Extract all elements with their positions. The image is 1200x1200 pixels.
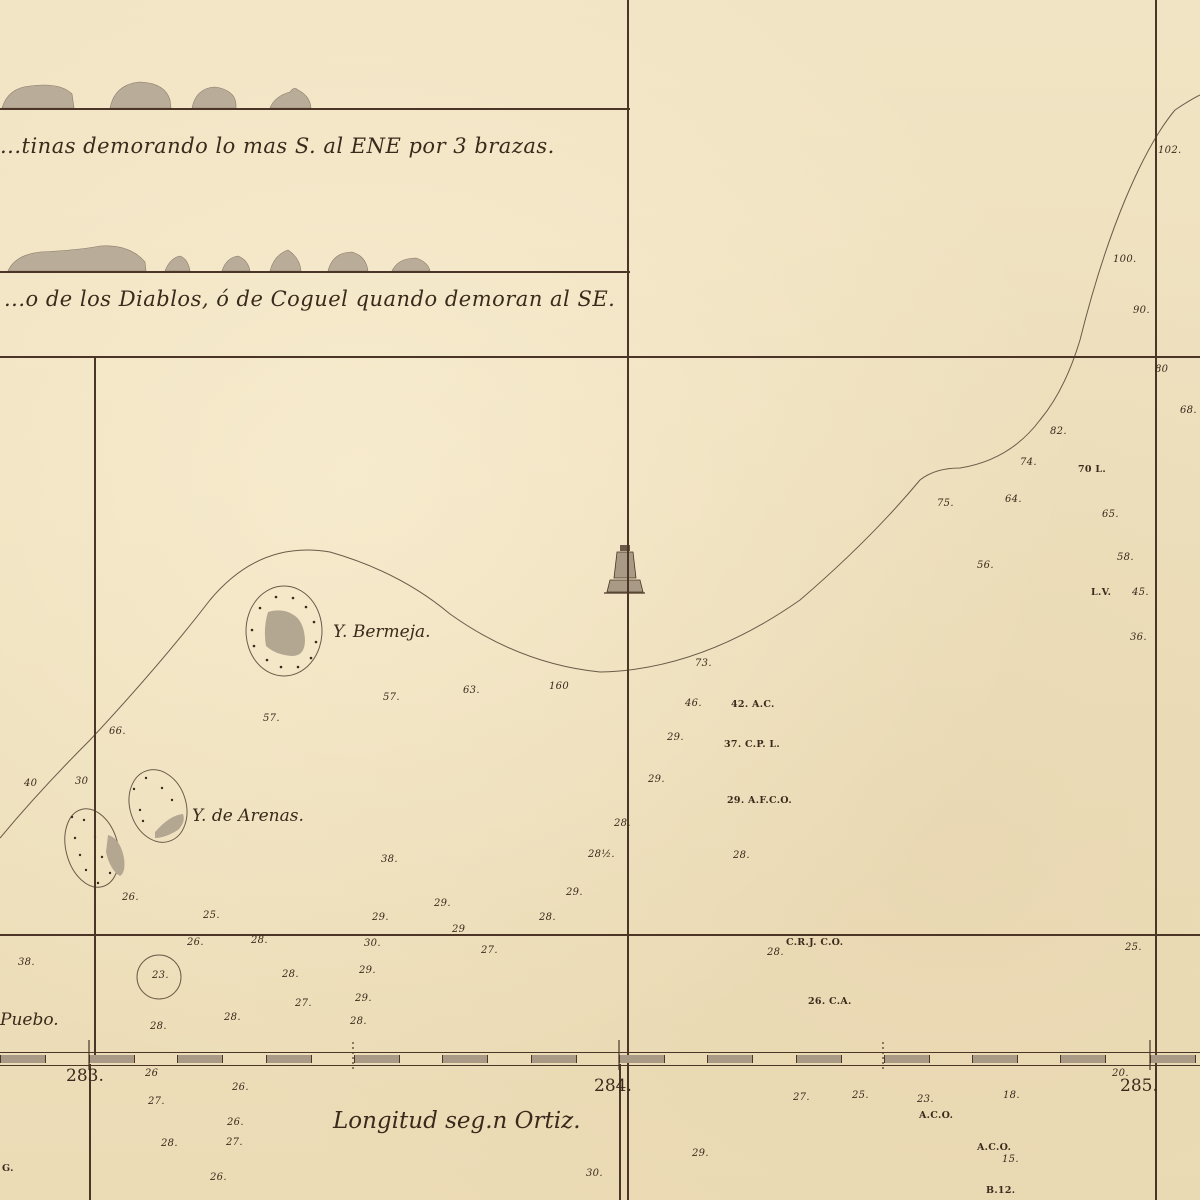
depth-sounding: 27. [793,1092,810,1103]
depth-sounding: 42. A.C. [731,699,775,710]
longitude-title: Longitud seg.n Ortiz. [333,1108,581,1134]
depth-sounding: A.C.O. [919,1110,953,1121]
meridian-284 [627,0,629,1200]
longitude-label-284: 284. [594,1076,632,1096]
depth-sounding: 26. [210,1172,227,1183]
depth-sounding: 15. [1002,1154,1019,1165]
depth-sounding: 26. [227,1117,244,1128]
depth-sounding: 80 [1155,364,1168,375]
depth-sounding: 37. C.P. L. [724,739,780,750]
depth-sounding: 23. [152,970,169,981]
lighthouse-icon [604,545,645,593]
depth-sounding: B.12. [986,1185,1015,1196]
depth-sounding: 28. [614,818,631,829]
chart-linework [0,0,1200,1200]
rock-profile-middle [8,246,430,271]
depth-sounding: 160 [549,681,569,692]
depth-sounding: 25. [852,1090,869,1101]
depth-sounding: 28. [224,1012,241,1023]
depth-sounding: 26. [232,1082,249,1093]
meridian-285 [1155,0,1157,1200]
depth-sounding: 57. [383,692,400,703]
depth-sounding: 29. [434,898,451,909]
depth-sounding: 26. [122,892,139,903]
depth-sounding: 29. [692,1148,709,1159]
depth-sounding: 26 [145,1068,158,1079]
depth-sounding: 58. [1117,552,1134,563]
depth-sounding: 28. [161,1138,178,1149]
depth-sounding: 23. [917,1094,934,1105]
depth-sounding: 27. [226,1137,243,1148]
depth-sounding: 45. [1132,587,1149,598]
profile-frame-line [0,271,630,273]
longitude-scale-bar [0,1052,1200,1066]
depth-sounding: 25. [203,910,220,921]
depth-sounding: 29. [355,993,372,1004]
depth-sounding: 28. [282,969,299,980]
depth-sounding: 82. [1050,426,1067,437]
depth-sounding: 40 [24,778,37,789]
grid-line-horizontal [0,356,1200,358]
depth-sounding: 28. [767,947,784,958]
depth-sounding: 27. [295,998,312,1009]
depth-sounding: 74. [1020,457,1037,468]
depth-sounding: 29. A.F.C.O. [727,795,792,806]
depth-sounding: 63. [463,685,480,696]
profile-caption-1: ...tinas demorando lo mas S. al ENE por … [0,134,555,158]
depth-sounding: 38. [18,957,35,968]
depth-sounding: 26. C.A. [808,996,852,1007]
depth-sounding: 38. [381,854,398,865]
depth-sounding: 20. [1112,1068,1129,1079]
label-place-partial: Puebo. [0,1010,59,1030]
depth-sounding: 18. [1003,1090,1020,1101]
depth-sounding: A.C.O. [977,1142,1011,1153]
depth-sounding: 73. [695,658,712,669]
depth-sounding: 70 L. [1078,464,1106,475]
depth-sounding: 28. [251,935,268,946]
depth-sounding: 64. [1005,494,1022,505]
depth-sounding: 30. [586,1168,603,1179]
depth-sounding: 29. [566,887,583,898]
depth-sounding: 36. [1130,632,1147,643]
depth-sounding: 26. [187,937,204,948]
depth-sounding: 29. [359,965,376,976]
profile-frame-line [0,108,630,110]
depth-sounding: 29. [648,774,665,785]
longitude-label-283: 283. [66,1066,104,1086]
depth-sounding: 66. [109,726,126,737]
depth-sounding: 57. [263,713,280,724]
label-isla-bermeja: Y. Bermeja. [333,622,431,642]
depth-sounding: 102. [1158,145,1181,156]
depth-sounding: 56. [977,560,994,571]
depth-sounding: G. [2,1163,14,1174]
depth-sounding: C.R.J. C.O. [786,937,843,948]
rock-profile-top [2,82,311,108]
depth-sounding: 68. [1180,405,1197,416]
depth-sounding: 28. [150,1021,167,1032]
depth-sounding: 27. [148,1096,165,1107]
depth-sounding: 28. [733,850,750,861]
depth-sounding: 29. [372,912,389,923]
depth-sounding: L.V. [1091,587,1111,598]
isla-bermeja [246,586,322,676]
depth-sounding: 90. [1133,305,1150,316]
label-isla-de-arenas: Y. de Arenas. [192,806,304,826]
depth-sounding: 30. [364,938,381,949]
depth-sounding: 75. [937,498,954,509]
depth-sounding: 30 [75,776,88,787]
depth-sounding: 28. [539,912,556,923]
nautical-chart: ...tinas demorando lo mas S. al ENE por … [0,0,1200,1200]
depth-sounding: 29. [667,732,684,743]
depth-sounding: 100. [1113,254,1136,265]
grid-line-horizontal [0,934,1200,936]
depth-sounding: 46. [685,698,702,709]
depth-sounding: 27. [481,945,498,956]
depth-sounding: 28. [350,1016,367,1027]
depth-sounding: 28½. [588,849,615,860]
longitude-label-285: 285. [1120,1076,1158,1096]
depth-sounding: 65. [1102,509,1119,520]
depth-sounding: 25. [1125,942,1142,953]
profile-caption-2: ...o de los Diablos, ó de Coguel quando … [4,287,615,311]
grid-line-vertical [94,356,96,1056]
depth-sounding: 29 [452,924,465,935]
